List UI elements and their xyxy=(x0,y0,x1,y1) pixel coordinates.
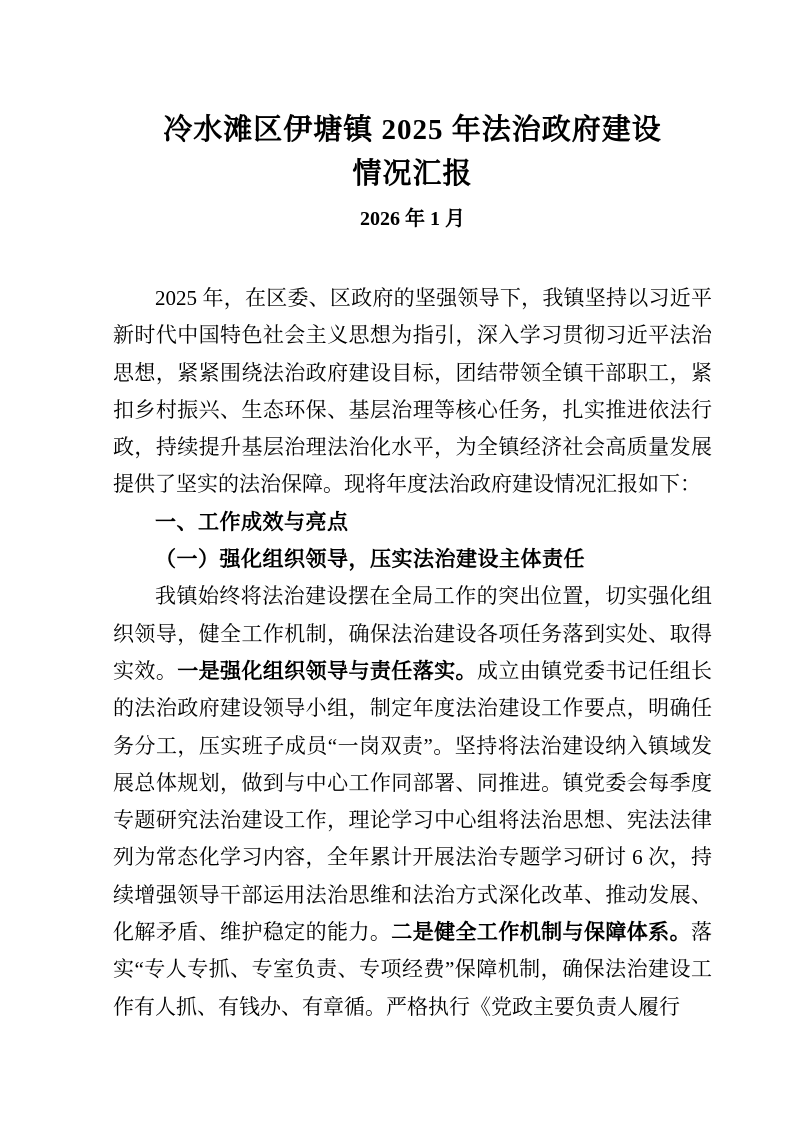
bold-text-segment: 一是强化组织领导与责任落实。 xyxy=(177,659,477,683)
document-body: 2025 年，在区委、区政府的坚强领导下，我镇坚持以习近平新时代中国特色社会主义… xyxy=(113,280,712,1026)
document-date: 2026 年 1 月 xyxy=(113,205,712,233)
title-line-2: 情况汇报 xyxy=(113,152,712,196)
document-page: 冷水滩区伊塘镇 2025 年法治政府建设 情况汇报 2026 年 1 月 202… xyxy=(0,0,793,1122)
intro-paragraph: 2025 年，在区委、区政府的坚强领导下，我镇坚持以习近平新时代中国特色社会主义… xyxy=(113,280,712,504)
subsection-heading: （一）强化组织领导，压实法治建设主体责任 xyxy=(113,541,712,578)
body-paragraph: 我镇始终将法治建设摆在全局工作的突出位置，切实强化组织领导，健全工作机制，确保法… xyxy=(113,578,712,1026)
document-title: 冷水滩区伊塘镇 2025 年法治政府建设 情况汇报 xyxy=(113,108,712,196)
section-heading: 一、工作成效与亮点 xyxy=(113,504,712,541)
bold-text-segment: 二是健全工作机制与保障体系。 xyxy=(391,920,691,944)
title-line-1: 冷水滩区伊塘镇 2025 年法治政府建设 xyxy=(113,108,712,152)
text-segment: 成立由镇党委书记任组长的法治政府建设领导小组，制定年度法治建设工作要点，明确任务… xyxy=(113,659,712,944)
